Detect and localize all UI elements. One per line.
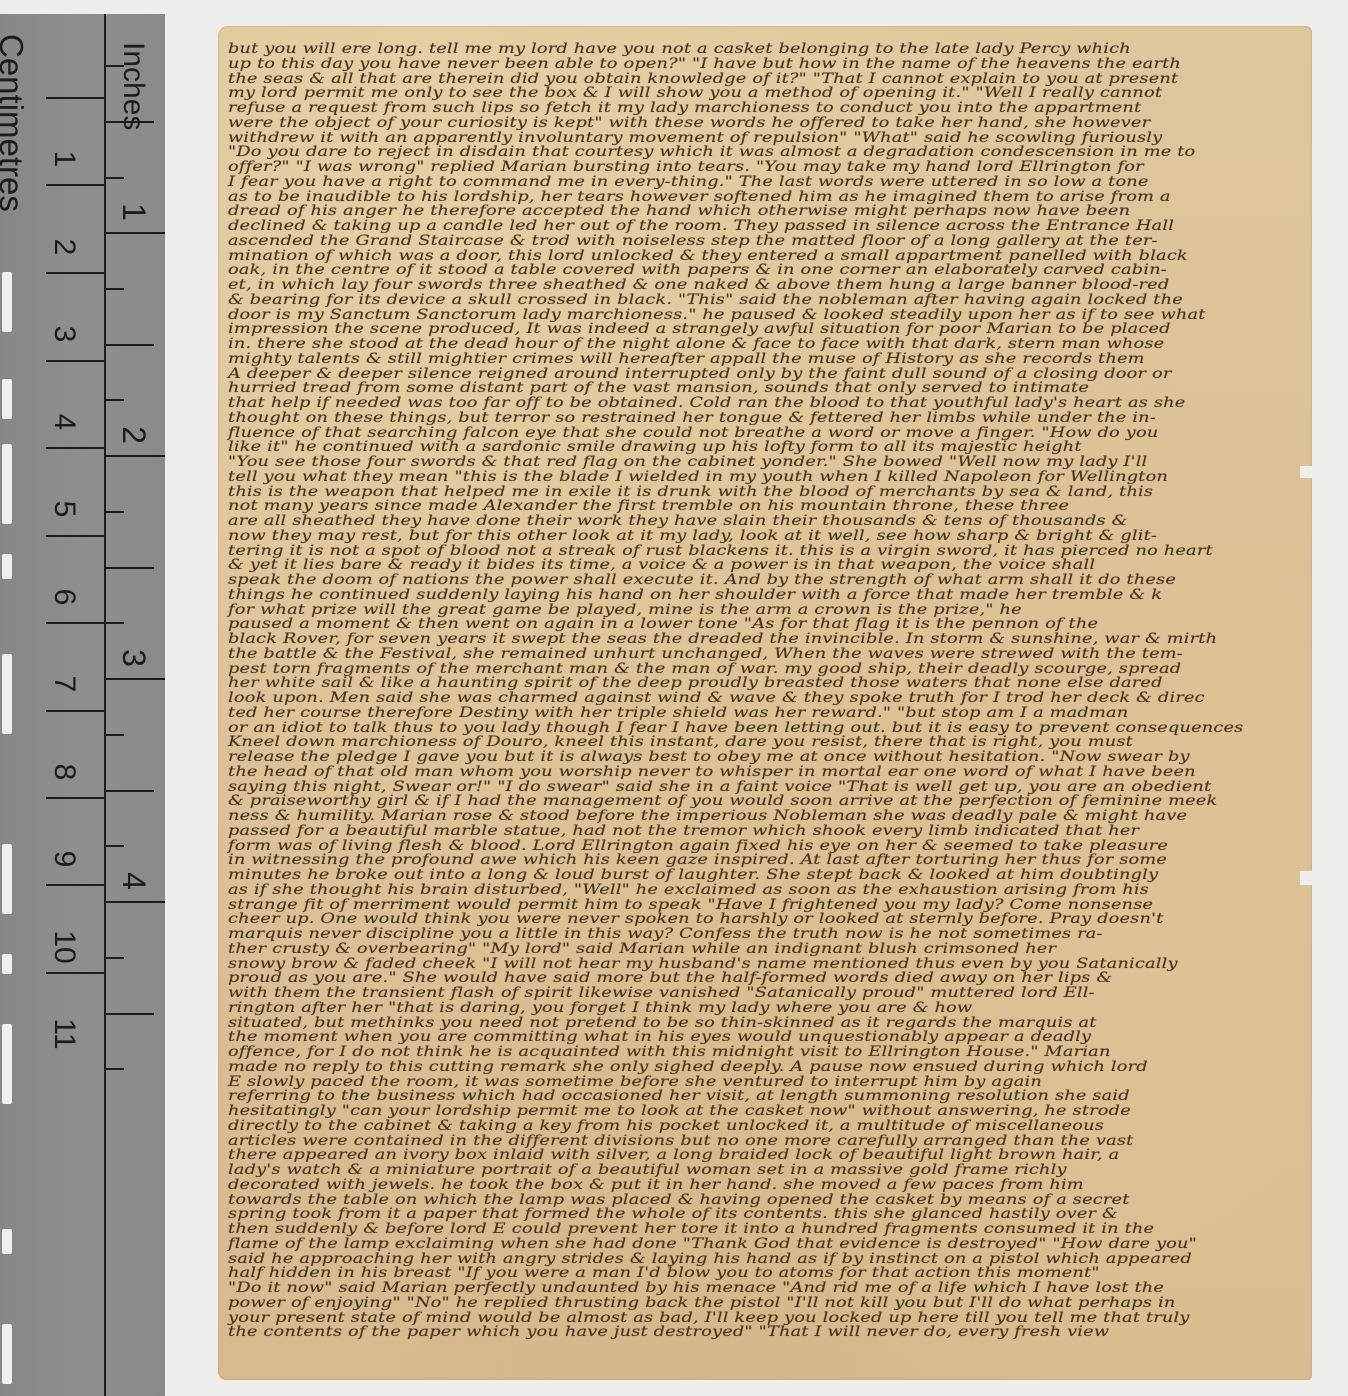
manuscript-line: made no reply to this cutting remark she… bbox=[228, 1060, 1348, 1075]
manuscript-line: offer?" "I was wrong" replied Marian bur… bbox=[228, 160, 1348, 175]
manuscript-line: articles were contained in the different… bbox=[228, 1134, 1348, 1149]
ruler-edge-lettering bbox=[2, 654, 12, 734]
inch-number: 1 bbox=[119, 192, 149, 232]
ruler-spine bbox=[104, 14, 106, 1396]
cm-tick bbox=[46, 535, 106, 537]
inch-tick bbox=[104, 678, 165, 680]
manuscript-line: passed for a beautiful marble statue, ha… bbox=[228, 824, 1348, 839]
manuscript-line: towards the table on which the lamp was … bbox=[228, 1193, 1348, 1208]
inch-subtick bbox=[104, 845, 124, 847]
cm-tick bbox=[46, 710, 106, 712]
manuscript-line: pest torn fragments of the merchant man … bbox=[228, 662, 1348, 677]
cm-number: 10 bbox=[49, 927, 79, 967]
manuscript-line: impression the scene produced, It was in… bbox=[228, 322, 1348, 337]
manuscript-line: hurried tread from some distant part of … bbox=[228, 381, 1348, 396]
inch-subtick bbox=[104, 399, 124, 401]
manuscript-line: the head of that old man whom you worshi… bbox=[228, 765, 1348, 780]
manuscript-line: form was of living flesh & blood. Lord E… bbox=[228, 839, 1348, 854]
inch-subtick bbox=[104, 177, 124, 179]
manuscript-line: said he approaching her with angry strid… bbox=[228, 1252, 1348, 1267]
manuscript-line: referring to the business which had occa… bbox=[228, 1089, 1348, 1104]
manuscript-line: "You see those four swords & that red fl… bbox=[228, 455, 1348, 470]
cm-tick bbox=[46, 447, 106, 449]
manuscript-line: proud as you are." She would have said m… bbox=[228, 971, 1348, 986]
ruler-edge-lettering bbox=[2, 844, 12, 914]
manuscript-line: with them the transient flash of spirit … bbox=[228, 986, 1348, 1001]
inch-subtick bbox=[104, 1068, 124, 1070]
ruler-edge-lettering bbox=[2, 1024, 12, 1104]
manuscript-line: were the object of your curiosity is kep… bbox=[228, 116, 1348, 131]
manuscript-line: & praiseworthy girl & if I had the manag… bbox=[228, 794, 1348, 809]
manuscript-line: "Do it now" said Marian perfectly undaun… bbox=[228, 1281, 1348, 1296]
manuscript-line: cheer up. One would think you were never… bbox=[228, 912, 1348, 927]
manuscript-line: half hidden in his breast "If you were a… bbox=[228, 1266, 1348, 1281]
manuscript-line: hesitatingly "can your lordship permit m… bbox=[228, 1104, 1348, 1119]
ruler-inches-label: Inches bbox=[116, 42, 150, 130]
manuscript-line: ness & humility. Marian rose & stood bef… bbox=[228, 809, 1348, 824]
ruler-edge-lettering bbox=[2, 379, 12, 419]
cm-number: 5 bbox=[49, 489, 79, 529]
manuscript-line: & yet it lies bare & ready it bides its … bbox=[228, 558, 1348, 573]
inch-subtick bbox=[104, 511, 124, 513]
manuscript-line: mighty talents & still mightier crimes w… bbox=[228, 352, 1348, 367]
ruler-edge-lettering bbox=[2, 444, 12, 524]
manuscript-line: ther crusty & overbearing" "My lord" sai… bbox=[228, 942, 1348, 957]
manuscript-line: directly to the cabinet & taking a key f… bbox=[228, 1119, 1348, 1134]
manuscript-line: withdrew it with an apparently involunta… bbox=[228, 131, 1348, 146]
cm-number: 7 bbox=[49, 664, 79, 704]
manuscript-line: the moment when you are committing what … bbox=[228, 1030, 1348, 1045]
manuscript-line: as to be inaudible to his lordship, her … bbox=[228, 190, 1348, 205]
inch-number: 2 bbox=[119, 415, 149, 455]
manuscript-line: door is my Sanctum Sanctorum lady marchi… bbox=[228, 308, 1348, 323]
ruler-edge-lettering bbox=[2, 272, 12, 332]
manuscript-line: et, in which lay four swords three sheat… bbox=[228, 278, 1348, 293]
inch-subtick bbox=[104, 288, 124, 290]
cm-number: 9 bbox=[49, 839, 79, 879]
cm-number: 4 bbox=[49, 402, 79, 442]
manuscript-line: spring took from it a paper that formed … bbox=[228, 1207, 1348, 1222]
inch-subtick bbox=[104, 65, 124, 67]
manuscript-line: decorated with jewels. he took the box &… bbox=[228, 1178, 1348, 1193]
manuscript-line: situated, but methinks you need not pret… bbox=[228, 1016, 1348, 1031]
manuscript-line: A deeper & deeper silence reigned around… bbox=[228, 367, 1348, 382]
ruler-edge-lettering bbox=[2, 1324, 12, 1384]
manuscript-line: tering it is not a spot of blood not a s… bbox=[228, 544, 1348, 559]
cm-tick bbox=[46, 797, 106, 799]
manuscript-line: my lord permit me only to see the box & … bbox=[228, 86, 1348, 101]
inch-subtick bbox=[104, 957, 124, 959]
cm-tick bbox=[46, 184, 106, 186]
ruler-edge-lettering bbox=[2, 554, 12, 579]
manuscript-line: minutes he broke out into a long & loud … bbox=[228, 868, 1348, 883]
manuscript-line: strange fit of merriment would permit hi… bbox=[228, 898, 1348, 913]
manuscript-line: thought on these things, but terror so r… bbox=[228, 411, 1348, 426]
cm-number: 11 bbox=[49, 1014, 79, 1054]
inch-tick bbox=[104, 455, 165, 457]
manuscript-line: your present state of mind would be almo… bbox=[228, 1311, 1348, 1326]
manuscript-line: as if she thought his brain disturbed, "… bbox=[228, 883, 1348, 898]
manuscript-line: things he continued suddenly laying his … bbox=[228, 588, 1348, 603]
manuscript-line: power of enjoying" "No" he replied thrus… bbox=[228, 1296, 1348, 1311]
manuscript-line: black Rover, for seven years it swept th… bbox=[228, 632, 1348, 647]
inch-subtick bbox=[104, 734, 124, 736]
manuscript-line: the seas & all that are therein did you … bbox=[228, 72, 1348, 87]
manuscript-line: or an idiot to talk thus to you lady tho… bbox=[228, 721, 1348, 736]
cm-tick bbox=[46, 360, 106, 362]
cm-number: 3 bbox=[49, 314, 79, 354]
handwritten-text: but you will ere long. tell me my lord h… bbox=[228, 42, 1302, 1340]
cm-number: 1 bbox=[49, 139, 79, 179]
manuscript-line: rington after her "that is daring, you f… bbox=[228, 1001, 1348, 1016]
cm-tick bbox=[46, 884, 106, 886]
inch-subtick bbox=[104, 1013, 154, 1015]
manuscript-line: mination of which was a door, this lord … bbox=[228, 249, 1348, 264]
manuscript-line: like it" he continued with a sardonic sm… bbox=[228, 440, 1348, 455]
manuscript-line: lady's watch & a miniature portrait of a… bbox=[228, 1163, 1348, 1178]
manuscript-line: the battle & the Festival, she remained … bbox=[228, 647, 1348, 662]
manuscript-line: but you will ere long. tell me my lord h… bbox=[228, 42, 1348, 57]
inch-subtick bbox=[104, 121, 154, 123]
cm-tick bbox=[46, 97, 106, 99]
cm-number: 6 bbox=[49, 577, 79, 617]
manuscript-line: tell you what they mean "this is the bla… bbox=[228, 470, 1348, 485]
cm-tick bbox=[46, 622, 106, 624]
manuscript-line: E slowly paced the room, it was sometime… bbox=[228, 1075, 1348, 1090]
manuscript-line: flame of the lamp exclaiming when she ha… bbox=[228, 1237, 1348, 1252]
manuscript-line: the contents of the paper which you have… bbox=[228, 1325, 1348, 1340]
measurement-ruler: Inches Centimetres 1 2 3 4 5 6 7 8 9 10 … bbox=[0, 14, 165, 1396]
manuscript-line: in. there she stood at the dead hour of … bbox=[228, 337, 1348, 352]
manuscript-page: but you will ere long. tell me my lord h… bbox=[218, 26, 1312, 1380]
manuscript-line: there appeared an ivory box inlaid with … bbox=[228, 1148, 1348, 1163]
manuscript-line: marquis never discipline you a little in… bbox=[228, 927, 1348, 942]
inch-subtick bbox=[104, 344, 154, 346]
manuscript-line: snowy brow & faded cheek "I will not hea… bbox=[228, 957, 1348, 972]
manuscript-line: now they may rest, but for this other lo… bbox=[228, 529, 1348, 544]
manuscript-line: fluence of that searching falcon eye tha… bbox=[228, 426, 1348, 441]
manuscript-line: that help if needed was too far off to b… bbox=[228, 396, 1348, 411]
inch-subtick bbox=[104, 567, 154, 569]
inch-tick bbox=[104, 232, 165, 234]
manuscript-line: Kneel down marchioness of Douro, kneel t… bbox=[228, 735, 1348, 750]
manuscript-line: then suddenly & before lord E could prev… bbox=[228, 1222, 1348, 1237]
manuscript-line: saying this night, Swear or!" "I do swea… bbox=[228, 780, 1348, 795]
manuscript-line: declined & taking up a candle led her ou… bbox=[228, 219, 1348, 234]
manuscript-line: offence, for I do not think he is acquai… bbox=[228, 1045, 1348, 1060]
manuscript-line: are all sheathed they have done their wo… bbox=[228, 514, 1348, 529]
manuscript-line: & bearing for its device a skull crossed… bbox=[228, 293, 1348, 308]
cm-number: 2 bbox=[49, 227, 79, 267]
manuscript-line: look upon. Men said she was charmed agai… bbox=[228, 691, 1348, 706]
inch-subtick bbox=[104, 790, 154, 792]
cm-tick bbox=[46, 272, 106, 274]
manuscript-line: for what prize will the great game be pl… bbox=[228, 603, 1348, 618]
manuscript-line: ascended the Grand Staircase & trod with… bbox=[228, 234, 1348, 249]
inch-number: 4 bbox=[119, 861, 149, 901]
manuscript-line: I fear you have a right to command me in… bbox=[228, 175, 1348, 190]
inch-subtick bbox=[104, 622, 124, 624]
manuscript-line: not many years since made Alexander the … bbox=[228, 499, 1348, 514]
manuscript-line: refuse a request from such lips so fetch… bbox=[228, 101, 1348, 116]
manuscript-line: her white sail & like a haunting spirit … bbox=[228, 676, 1348, 691]
manuscript-line: "Do you dare to reject in disdain that c… bbox=[228, 145, 1348, 160]
manuscript-line: this is the weapon that helped me in exi… bbox=[228, 485, 1348, 500]
ruler-edge-lettering bbox=[2, 954, 12, 974]
inch-number: 3 bbox=[119, 638, 149, 678]
ruler-centimetres-label: Centimetres bbox=[0, 34, 30, 212]
manuscript-line: release the pledge I gave you but it is … bbox=[228, 750, 1348, 765]
manuscript-line: ted her course therefore Destiny with he… bbox=[228, 706, 1348, 721]
manuscript-line: oak, in the centre of it stood a table c… bbox=[228, 263, 1348, 278]
manuscript-line: up to this day you have never been able … bbox=[228, 57, 1348, 72]
cm-number: 8 bbox=[49, 752, 79, 792]
manuscript-line: in witnessing the profound awe which his… bbox=[228, 853, 1348, 868]
manuscript-line: dread of his anger he therefore accepted… bbox=[228, 204, 1348, 219]
ruler-edge-lettering bbox=[2, 1229, 12, 1254]
inch-tick bbox=[104, 901, 165, 903]
manuscript-line: speak the doom of nations the power shal… bbox=[228, 573, 1348, 588]
cm-tick bbox=[46, 972, 106, 974]
manuscript-line: paused a moment & then went on again in … bbox=[228, 617, 1348, 632]
